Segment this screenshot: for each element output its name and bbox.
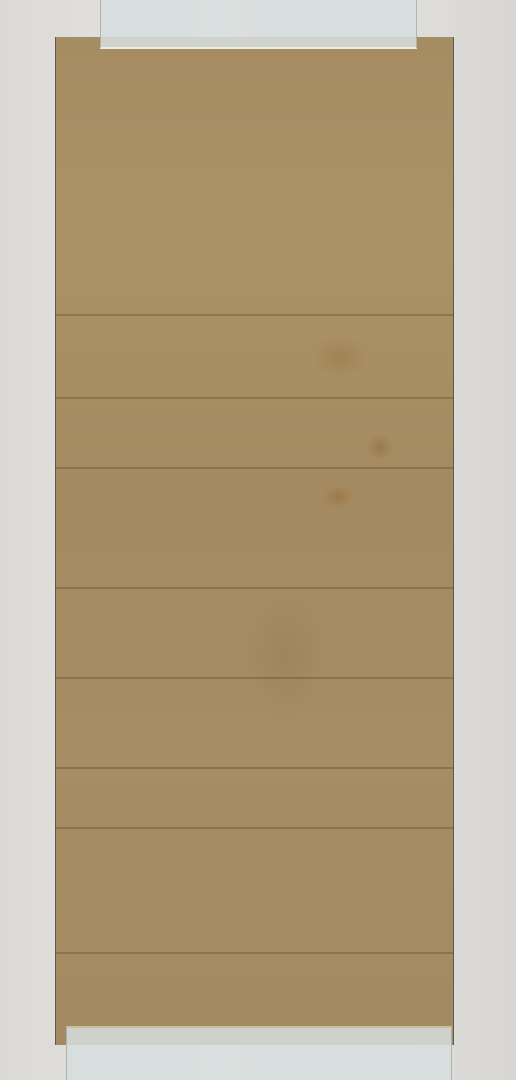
fold-line: [55, 587, 454, 589]
bottom-acrylic-clip: [66, 1026, 452, 1080]
fold-line: [55, 767, 454, 769]
fold-line: [55, 677, 454, 679]
fold-line: [55, 827, 454, 829]
aged-paper-scroll: [55, 37, 454, 1045]
fold-line: [55, 467, 454, 469]
fold-line: [55, 314, 454, 316]
fold-line: [55, 952, 454, 954]
top-acrylic-clip: [100, 0, 417, 49]
fold-line: [55, 397, 454, 399]
